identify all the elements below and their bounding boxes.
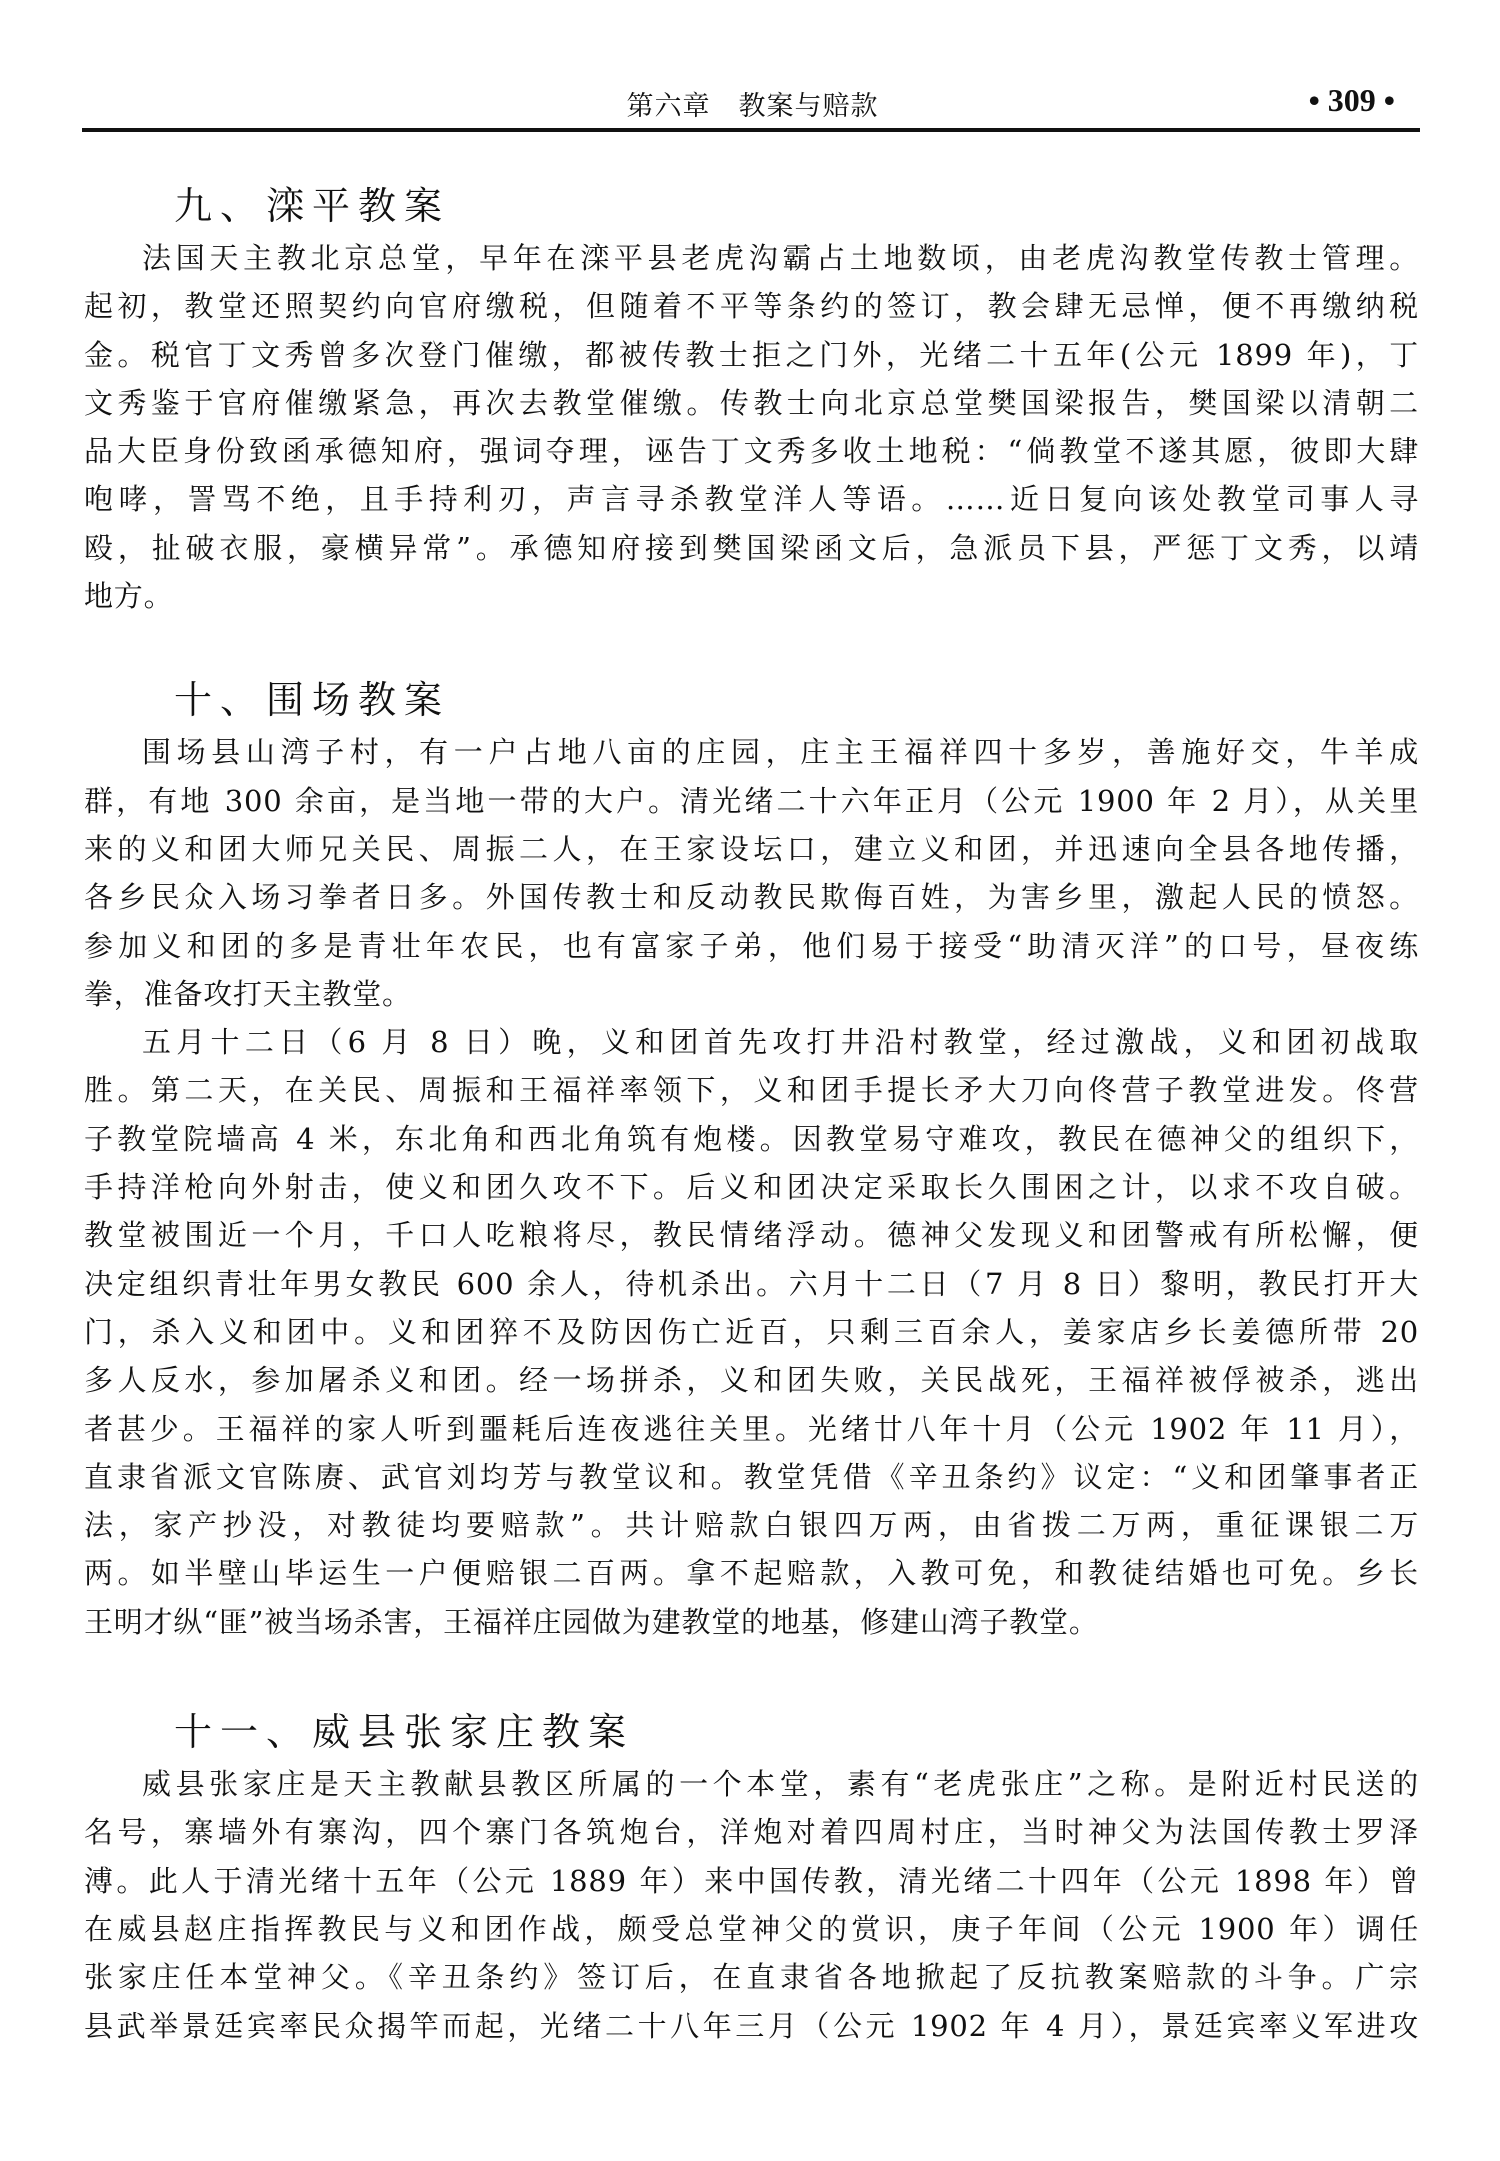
text-line: 名号，寨墙外有寨沟，四个寨门各筑炮台，洋炮对着四周村庄，当时神父为法国传教士罗泽: [84, 1808, 1419, 1856]
text-line: 直隶省派文官陈赓、武官刘均芳与教堂议和。教堂凭借《辛丑条约》议定：“义和团肇事者…: [84, 1453, 1419, 1501]
text-line: 威县张家庄是天主教献县教区所属的一个本堂，素有“老虎张庄”之称。是附近村民送的: [84, 1760, 1419, 1808]
text-line: 咆哮，詈骂不绝，且手持利刃，声言寻杀教堂洋人等语。……近日复向该处教堂司事人寻: [84, 475, 1419, 523]
text-line: 拳，准备攻打天主教堂。: [84, 970, 1419, 1018]
page-body: 九、滦平教案 法国天主教北京总堂，早年在滦平县老虎沟霸占土地数顷，由老虎沟教堂传…: [84, 178, 1419, 2050]
text-line: 县武举景廷宾率民众揭竿而起，光绪二十八年三月（公元 1902 年 4 月），景廷…: [84, 2002, 1419, 2050]
chapter-title: 第六章 教案与赔款: [85, 84, 1420, 123]
text-line: 地方。: [84, 572, 1419, 620]
text-line: 围场县山湾子村，有一户占地八亩的庄园，庄主王福祥四十多岁，善施好交，牛羊成: [84, 728, 1419, 776]
section-spacer: [84, 620, 1419, 672]
text-line: 胜。第二天，在关民、周振和王福祥率领下，义和团手提长矛大刀向佟营子教堂进发。佟营: [84, 1066, 1419, 1114]
text-line: 张家庄任本堂神父。《辛丑条约》签订后，在直隶省各地掀起了反抗教案赔款的斗争。广宗: [84, 1953, 1419, 2001]
text-line: 五月十二日（6 月 8 日）晚，义和团首先攻打井沿村教堂，经过激战，义和团初战取: [84, 1018, 1419, 1066]
text-line: 子教堂院墙高 4 米，东北角和西北角筑有炮楼。因教堂易守难攻，教民在德神父的组织…: [84, 1115, 1419, 1163]
text-line: 门，杀入义和团中。义和团猝不及防因伤亡近百，只剩三百余人，姜家店乡长姜德所带 2…: [84, 1308, 1419, 1356]
text-line: 法，家产抄没，对教徒均要赔款”。共计赔款白银四万两，由省拨二万两，重征课银二万: [84, 1501, 1419, 1549]
running-header: 第六章 教案与赔款 • 309 •: [85, 80, 1420, 120]
text-line: 群，有地 300 余亩，是当地一带的大户。清光绪二十六年正月（公元 1900 年…: [84, 777, 1419, 825]
text-line: 手持洋枪向外射击，使义和团久攻不下。后义和团决定采取长久围困之计，以求不攻自破。: [84, 1163, 1419, 1211]
section-weixian-zhangjiazhuang: 十一、威县张家庄教案 威县张家庄是天主教献县教区所属的一个本堂，素有“老虎张庄”…: [84, 1704, 1419, 2050]
text-line: 殴，扯破衣服，豪横异常”。承德知府接到樊国梁函文后，急派员下县，严惩丁文秀，以靖: [84, 524, 1419, 572]
section-title: 十、围场教案: [174, 672, 1419, 728]
section-title: 九、滦平教案: [174, 178, 1419, 234]
book-page: 第六章 教案与赔款 • 309 • 九、滦平教案 法国天主教北京总堂，早年在滦平…: [0, 0, 1500, 2161]
text-line: 王明才纵“匪”被当场杀害，王福祥庄园做为建教堂的地基，修建山湾子教堂。: [84, 1598, 1419, 1646]
text-line: 品大臣身份致函承德知府，强词夺理，诬告丁文秀多收土地税：“倘教堂不遂其愿，彼即大…: [84, 427, 1419, 475]
text-line: 多人反水，参加屠杀义和团。经一场拼杀，义和团失败，关民战死，王福祥被俘被杀，逃出: [84, 1356, 1419, 1404]
text-line: 决定组织青壮年男女教民 600 余人，待机杀出。六月十二日（7 月 8 日）黎明…: [84, 1260, 1419, 1308]
header-rule: [82, 128, 1420, 132]
text-line: 者甚少。王福祥的家人听到噩耗后连夜逃往关里。光绪廿八年十月（公元 1902 年 …: [84, 1405, 1419, 1453]
text-line: 金。税官丁文秀曾多次登门催缴，都被传教士拒之门外，光绪二十五年(公元 1899 …: [84, 331, 1419, 379]
text-line: 两。如半壁山毕运生一户便赔银二百两。拿不起赔款，入教可免，和教徒结婚也可免。乡长: [84, 1549, 1419, 1597]
section-spacer: [84, 1646, 1419, 1704]
text-line: 溥。此人于清光绪十五年（公元 1889 年）来中国传教，清光绪二十四年（公元 1…: [84, 1857, 1419, 1905]
text-line: 各乡民众入场习拳者日多。外国传教士和反动教民欺侮百姓，为害乡里，激起人民的愤怒。: [84, 873, 1419, 921]
section-luanping: 九、滦平教案 法国天主教北京总堂，早年在滦平县老虎沟霸占土地数顷，由老虎沟教堂传…: [84, 178, 1419, 620]
text-line: 来的义和团大师兄关民、周振二人，在王家设坛口，建立义和团，并迅速向全县各地传播，: [84, 825, 1419, 873]
text-line: 法国天主教北京总堂，早年在滦平县老虎沟霸占土地数顷，由老虎沟教堂传教士管理。: [84, 234, 1419, 282]
text-line: 教堂被围近一个月，千口人吃粮将尽，教民情绪浮动。德神父发现义和团警戒有所松懈，便: [84, 1211, 1419, 1259]
section-weichang: 十、围场教案 围场县山湾子村，有一户占地八亩的庄园，庄主王福祥四十多岁，善施好交…: [84, 672, 1419, 1646]
page-number: • 309 •: [1309, 82, 1395, 119]
text-line: 文秀鉴于官府催缴紧急，再次去教堂催缴。传教士向北京总堂樊国梁报告，樊国梁以清朝二: [84, 379, 1419, 427]
text-line: 起初，教堂还照契约向官府缴税，但随着不平等条约的签订，教会肆无忌惮，便不再缴纳税: [84, 282, 1419, 330]
text-line: 参加义和团的多是青壮年农民，也有富家子弟，他们易于接受“助清灭洋”的口号，昼夜练: [84, 922, 1419, 970]
text-line: 在威县赵庄指挥教民与义和团作战，颇受总堂神父的赏识，庚子年间（公元 1900 年…: [84, 1905, 1419, 1953]
section-title: 十一、威县张家庄教案: [174, 1704, 1419, 1760]
